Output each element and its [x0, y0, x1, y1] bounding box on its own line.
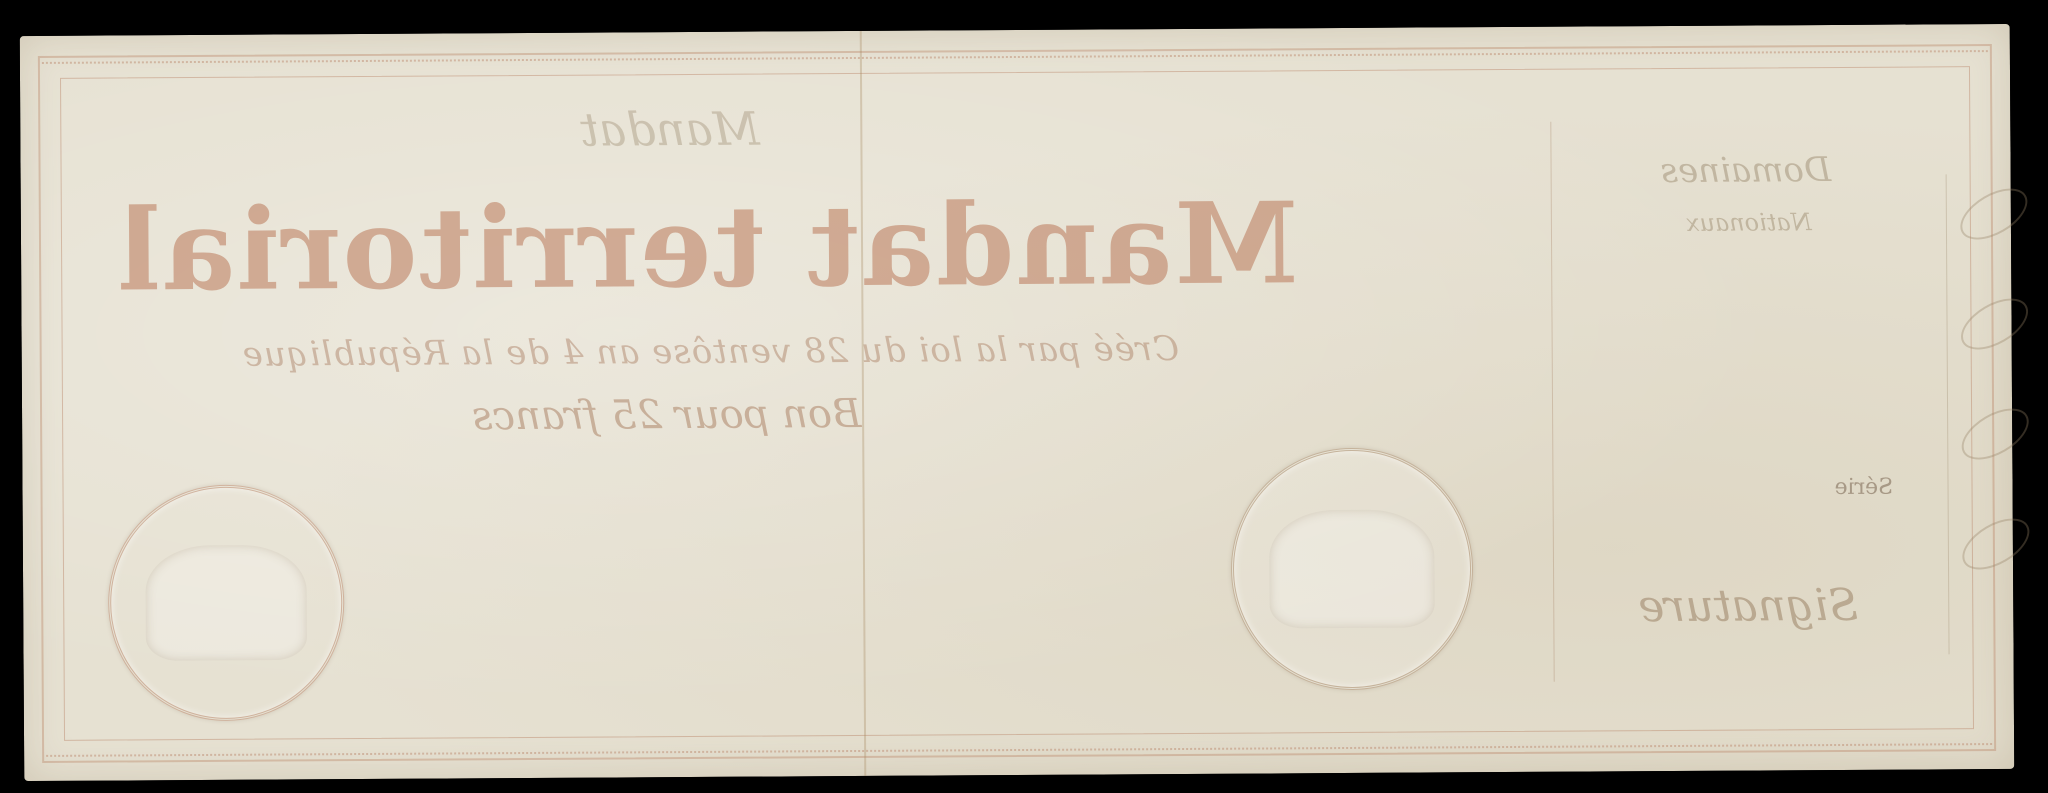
header-script-text: Mandat	[580, 102, 760, 157]
flourish-icon	[1954, 508, 2038, 580]
value-text: Bon pour 25 francs	[472, 391, 862, 439]
flourish-icon	[1953, 398, 2037, 470]
right-panel-subheading: Nationaux	[1686, 208, 1812, 237]
flourish-icon	[1953, 288, 2037, 360]
flourish-icon	[1952, 178, 2036, 250]
right-panel-subheading-text: Nationaux	[1686, 208, 1812, 237]
right-panel-heading: Domaines	[1661, 150, 1832, 191]
signature-emboss: Signature	[1638, 580, 1858, 632]
header-script: Mandat	[580, 102, 760, 157]
serie-label: Série	[1834, 475, 1893, 500]
right-seal-emboss	[1230, 447, 1473, 690]
title-text: Mandat territorial	[116, 178, 1299, 316]
serie-text: Série	[1834, 475, 1893, 500]
mirrored-value-line: Bon pour 25 francs	[472, 391, 862, 439]
seal-figure-icon	[145, 545, 307, 661]
banknote: Mandat Mandat territorial Créé par la lo…	[20, 24, 2015, 781]
subtitle-text: Créé par la loi du 28 ventôse an 4 de la…	[242, 329, 1180, 375]
reclining-figure-icon	[1269, 509, 1435, 628]
signature-text: Signature	[1638, 580, 1858, 632]
left-seal-emboss	[107, 484, 344, 721]
mirrored-title: Mandat territorial	[116, 177, 1517, 317]
mirrored-subtitle: Créé par la loi du 28 ventôse an 4 de la…	[242, 329, 1180, 375]
right-edge-flourishes	[1946, 174, 2010, 654]
right-panel-heading-text: Domaines	[1661, 150, 1832, 191]
